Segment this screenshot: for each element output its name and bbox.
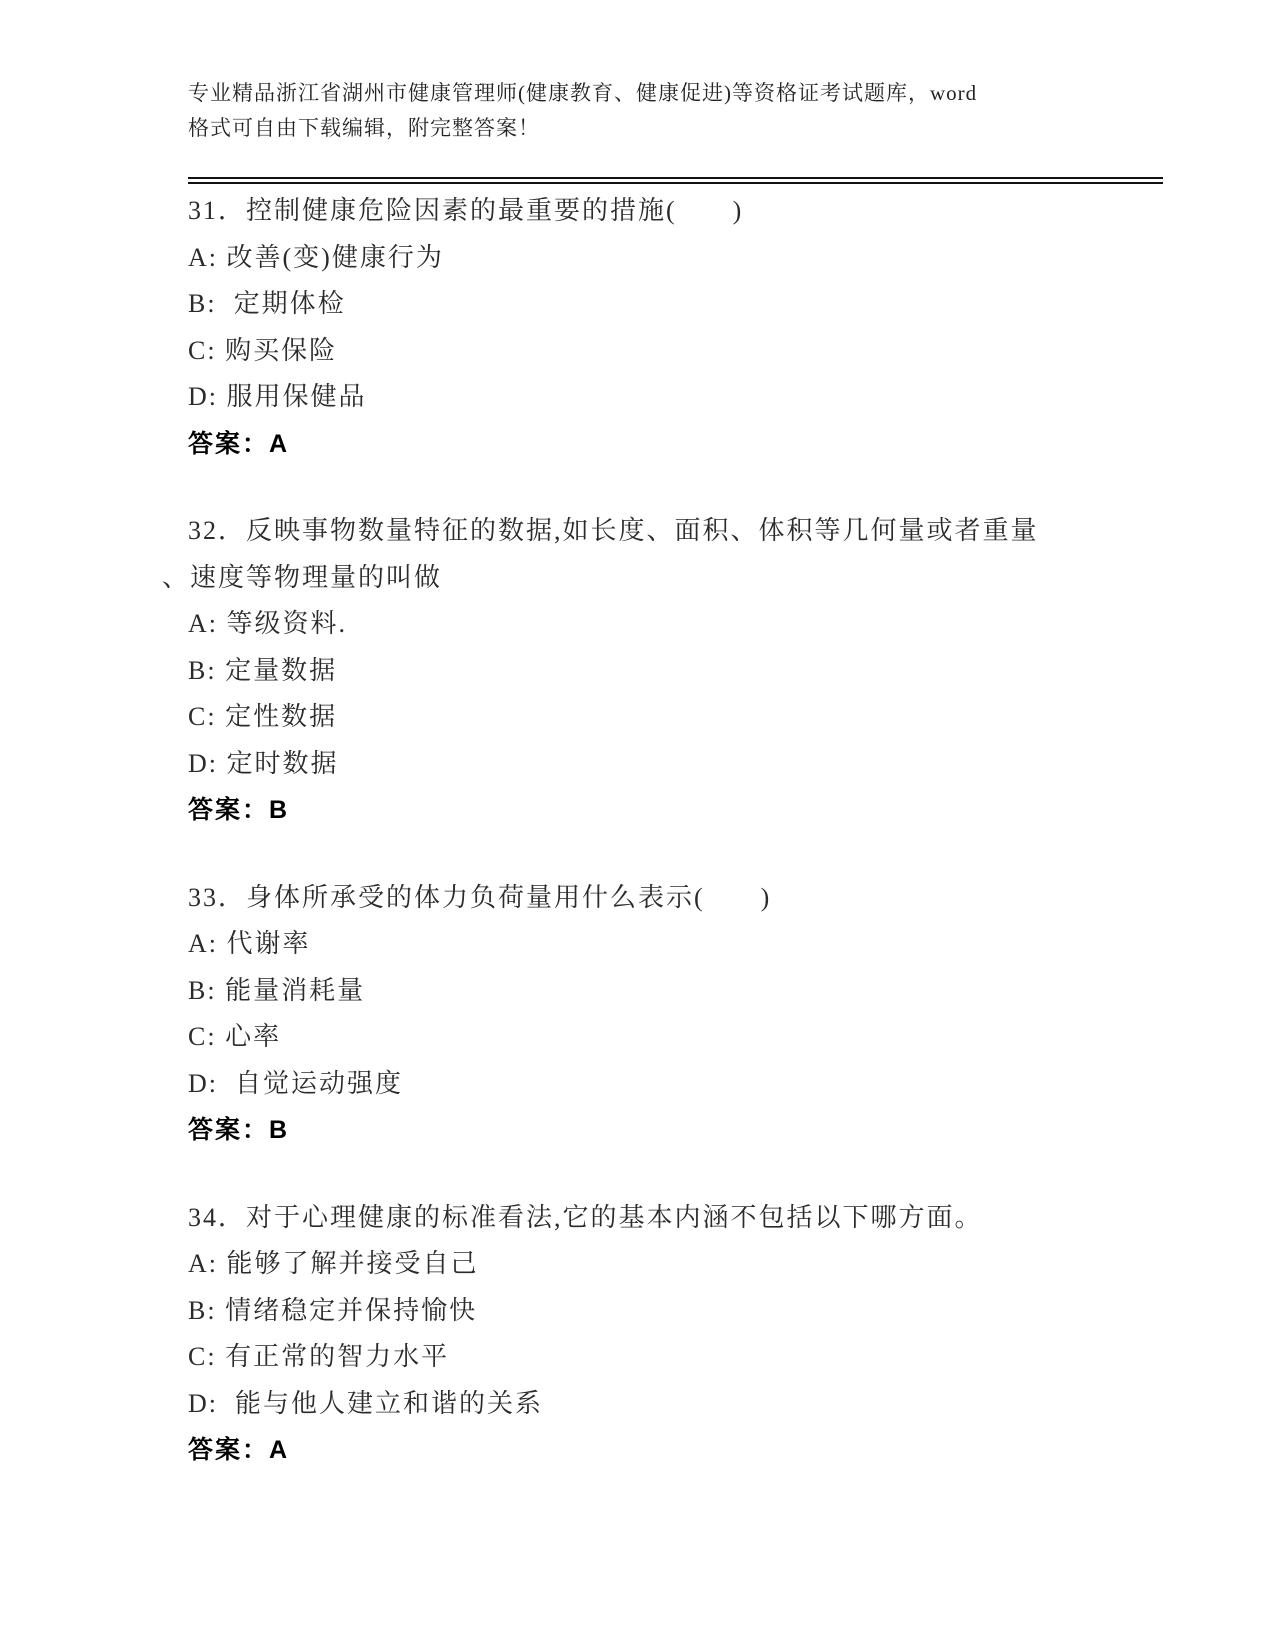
- option-a: A: 改善(变)健康行为: [188, 235, 1163, 282]
- option-d: D: 服用保健品: [188, 374, 1163, 421]
- option-b: B: 定期体检: [188, 281, 1163, 328]
- question-stem: 34．对于心理健康的标准看法,它的基本内涵不包括以下哪方面。: [188, 1195, 1163, 1242]
- question-stem: 33．身体所承受的体力负荷量用什么表示( ): [188, 875, 1163, 922]
- option-a: A: 代谢率: [188, 921, 1163, 968]
- answer-line: 答案：A: [188, 421, 1163, 468]
- answer-line: 答案：B: [188, 787, 1163, 834]
- block-spacer: [188, 467, 1163, 508]
- question-block-34: 34．对于心理健康的标准看法,它的基本内涵不包括以下哪方面。 A: 能够了解并接…: [188, 1195, 1163, 1474]
- option-d: D: 定时数据: [188, 741, 1163, 788]
- option-c: C: 心率: [188, 1014, 1163, 1061]
- header-line-2: 格式可自由下载编辑，附完整答案！: [188, 111, 1163, 146]
- header-separator-rule: [188, 177, 1163, 184]
- question-block-31: 31．控制健康危险因素的最重要的措施( ) A: 改善(变)健康行为 B: 定期…: [188, 188, 1163, 467]
- option-c: C: 定性数据: [188, 694, 1163, 741]
- page-content: 专业精品浙江省湖州市健康管理师(健康教育、健康促进)等资格证考试题库，word …: [188, 0, 1163, 1474]
- block-spacer: [188, 834, 1163, 875]
- option-b: B: 能量消耗量: [188, 968, 1163, 1015]
- header-line-1: 专业精品浙江省湖州市健康管理师(健康教育、健康促进)等资格证考试题库，word: [188, 76, 1163, 111]
- question-stem-continuation: 、速度等物理量的叫做: [162, 555, 1163, 602]
- document-page: 专业精品浙江省湖州市健康管理师(健康教育、健康促进)等资格证考试题库，word …: [0, 0, 1275, 1650]
- question-list: 31．控制健康危险因素的最重要的措施( ) A: 改善(变)健康行为 B: 定期…: [188, 188, 1163, 1474]
- question-stem: 32．反映事物数量特征的数据,如长度、面积、体积等几何量或者重量: [188, 508, 1163, 555]
- answer-line: 答案：B: [188, 1107, 1163, 1154]
- block-spacer: [188, 1154, 1163, 1195]
- option-b: B: 情绪稳定并保持愉快: [188, 1288, 1163, 1335]
- question-block-32: 32．反映事物数量特征的数据,如长度、面积、体积等几何量或者重量 、速度等物理量…: [188, 508, 1163, 834]
- option-d: D: 能与他人建立和谐的关系: [188, 1381, 1163, 1428]
- page-header: 专业精品浙江省湖州市健康管理师(健康教育、健康促进)等资格证考试题库，word …: [188, 0, 1163, 146]
- option-d: D: 自觉运动强度: [188, 1061, 1163, 1108]
- option-b: B: 定量数据: [188, 648, 1163, 695]
- option-a: A: 能够了解并接受自己: [188, 1241, 1163, 1288]
- question-stem: 31．控制健康危险因素的最重要的措施( ): [188, 188, 1163, 235]
- option-a: A: 等级资料.: [188, 601, 1163, 648]
- answer-line: 答案：A: [188, 1427, 1163, 1474]
- option-c: C: 有正常的智力水平: [188, 1334, 1163, 1381]
- option-c: C: 购买保险: [188, 328, 1163, 375]
- question-block-33: 33．身体所承受的体力负荷量用什么表示( ) A: 代谢率 B: 能量消耗量 C…: [188, 875, 1163, 1154]
